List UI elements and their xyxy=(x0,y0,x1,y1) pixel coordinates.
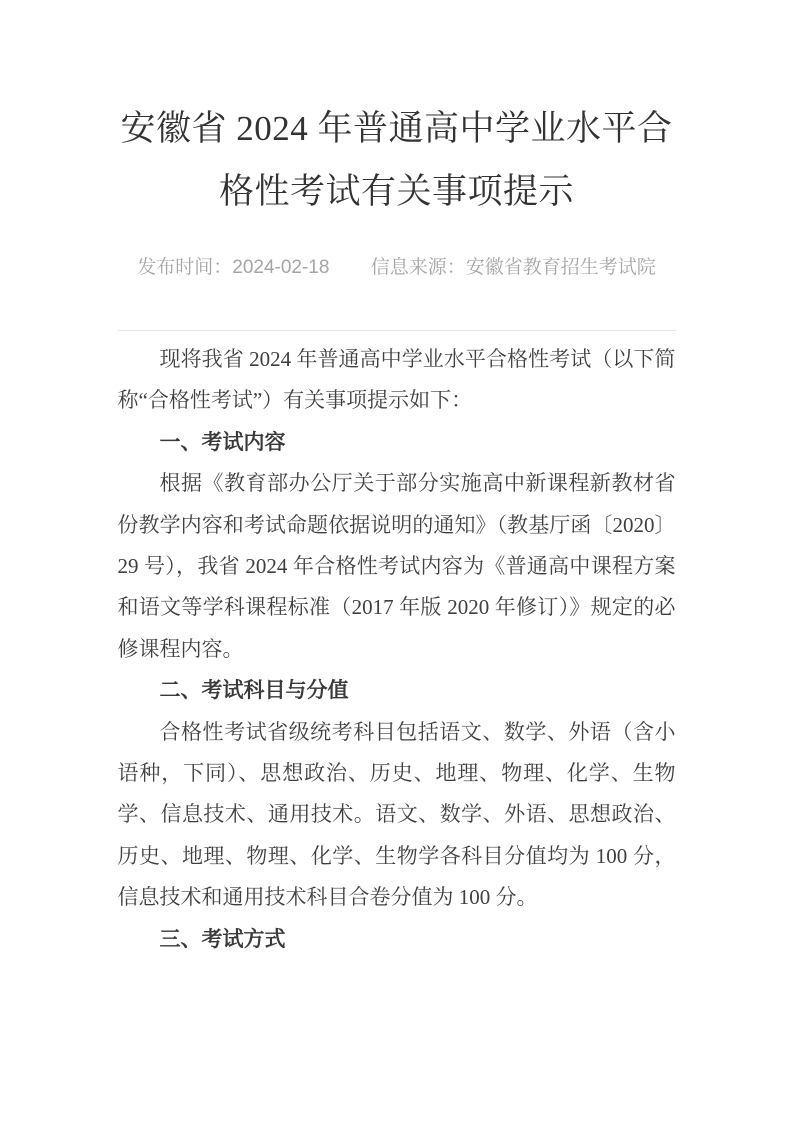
article-page: 安徽省 2024 年普通高中学业水平合格性考试有关事项提示 发布时间：2024-… xyxy=(118,0,676,960)
info-source-label: 信息来源： xyxy=(371,257,466,278)
publish-time-label: 发布时间： xyxy=(137,257,232,278)
info-source: 信息来源：安徽省教育招生考试院 xyxy=(371,257,656,278)
paragraph-intro: 现将我省 2024 年普通高中学业水平合格性考试（以下简称“合格性考试”）有关事… xyxy=(118,339,676,422)
publish-time: 发布时间：2024-02-18 xyxy=(137,257,329,278)
page-title: 安徽省 2024 年普通高中学业水平合格性考试有关事项提示 xyxy=(112,97,682,223)
info-source-value: 安徽省教育招生考试院 xyxy=(466,257,656,278)
paragraph-exam-content: 根据《教育部办公厅关于部分实施高中新课程新教材省份教学内容和考试命题依据说明的通… xyxy=(118,463,676,670)
paragraph-subjects-scores: 合格性考试省级统考科目包括语文、数学、外语（含小语种，下同）、思想政治、历史、地… xyxy=(118,712,676,919)
section-heading-subjects-scores: 二、考试科目与分值 xyxy=(118,670,676,711)
article-meta: 发布时间：2024-02-18 信息来源：安徽省教育招生考试院 xyxy=(118,255,676,281)
article-body: 现将我省 2024 年普通高中学业水平合格性考试（以下简称“合格性考试”）有关事… xyxy=(118,339,676,960)
divider xyxy=(118,330,676,331)
section-heading-exam-content: 一、考试内容 xyxy=(118,422,676,463)
section-heading-exam-method: 三、考试方式 xyxy=(118,919,676,960)
publish-time-value: 2024-02-18 xyxy=(232,257,329,278)
